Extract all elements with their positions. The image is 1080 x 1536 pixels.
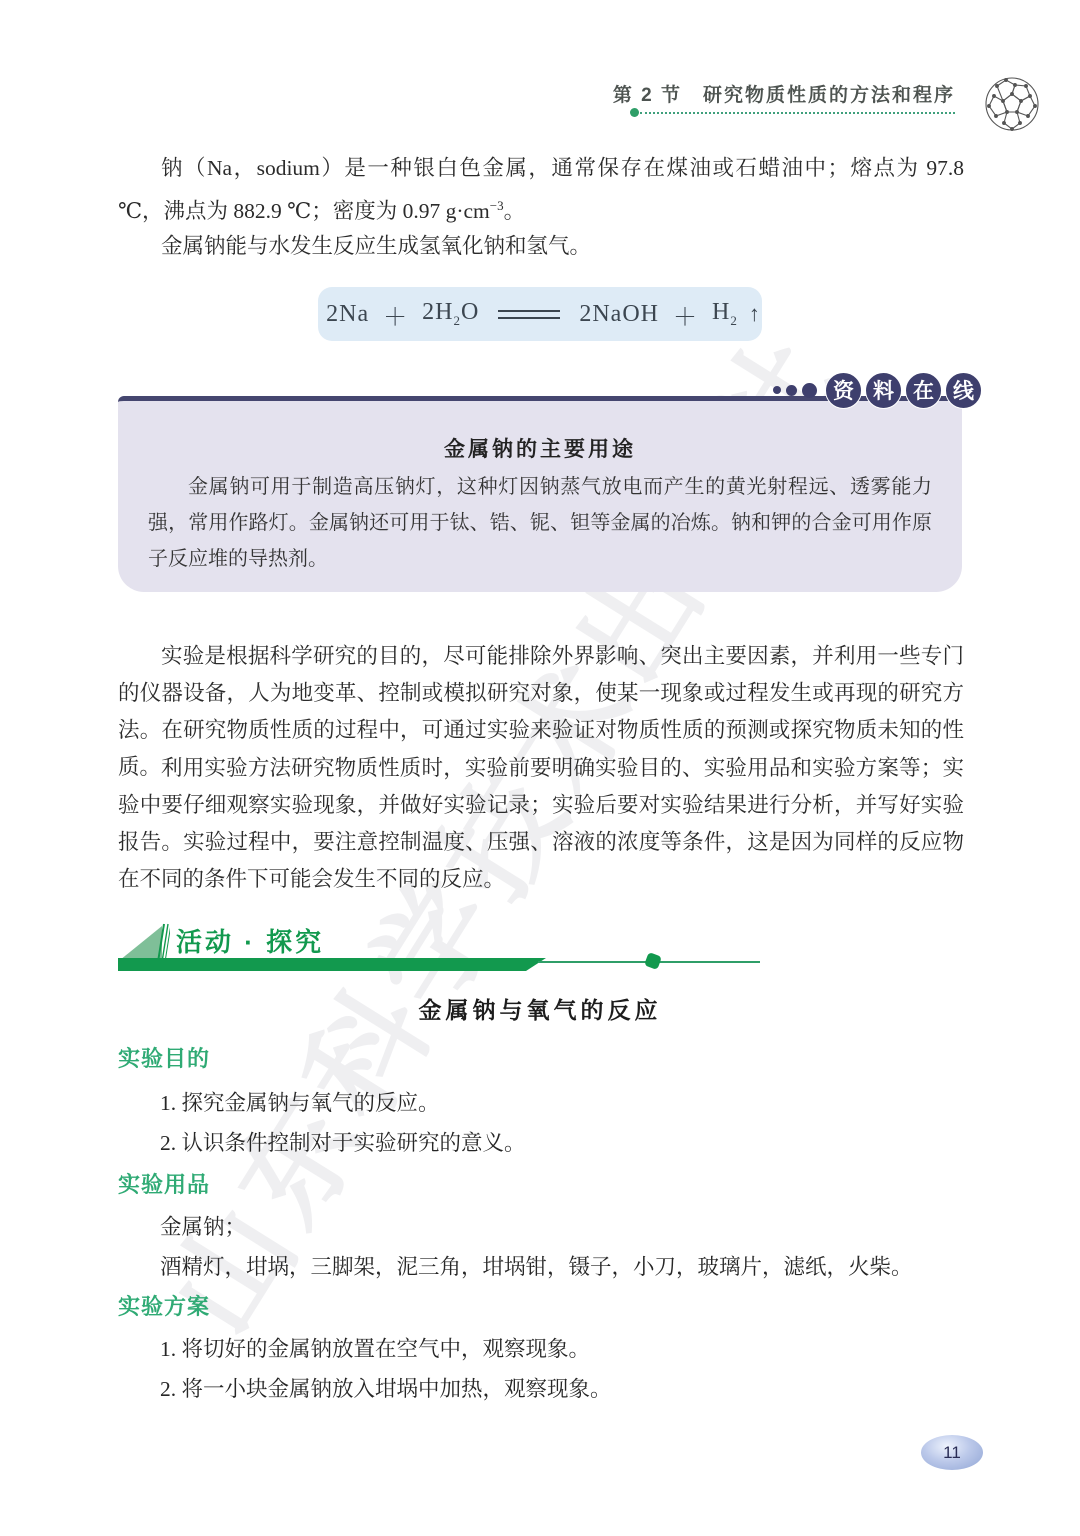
- page-number: 11: [943, 1443, 961, 1463]
- chemical-equation-box: 2Na ＋ 2H2O 2NaOH ＋ H2 ↑: [318, 287, 762, 341]
- sodium-properties-text: 钠（Na，sodium）是一种银白色金属，通常保存在煤油或石蜡油中；熔点为 97…: [118, 156, 964, 223]
- info-box-title: 金属钠的主要用途: [118, 433, 962, 463]
- banner-end-dot: [644, 952, 662, 970]
- badge-dot-icon: [786, 385, 797, 396]
- purpose-item-1: 1. 探究金属钠与氧气的反应。: [160, 1086, 960, 1120]
- plan-item-2: 2. 将一小块金属钠放入坩埚中加热，观察现象。: [160, 1372, 960, 1406]
- purpose-item-2: 2. 认识条件控制对于实验研究的意义。: [160, 1126, 960, 1160]
- supplies-line-2: 酒精灯，坩埚，三脚架，泥三角，坩埚钳，镊子，小刀，玻璃片，滤纸，火柴。: [160, 1250, 960, 1284]
- page-header: 第 2 节 研究物质性质的方法和程序: [0, 72, 1080, 142]
- exponent: −3: [490, 198, 504, 213]
- product-hydrogen: H2: [712, 299, 738, 329]
- badge-char: 在: [905, 372, 942, 409]
- section-title: 第 2 节 研究物质性质的方法和程序: [613, 80, 955, 107]
- supplies-line-1: 金属钠；: [160, 1210, 960, 1244]
- gas-arrow-icon: ↑: [749, 301, 761, 327]
- reactant-na: 2Na: [326, 301, 369, 328]
- fullerene-molecule-icon: [982, 74, 1042, 139]
- intro-paragraph-reaction: 金属钠能与水发生反应生成氢氧化钠和氢气。: [118, 228, 964, 265]
- product-naoh: 2NaOH: [579, 301, 659, 328]
- plus-sign: ＋: [673, 297, 698, 332]
- plus-sign: ＋: [383, 297, 408, 332]
- intro-paragraph-sodium: 钠（Na，sodium）是一种银白色金属，通常保存在煤油或石蜡油中；熔点为 97…: [118, 150, 964, 230]
- banner-triangle-icon: [118, 920, 170, 964]
- divider-dot: [630, 108, 639, 117]
- plan-item-1: 1. 将切好的金属钠放置在空气中，观察现象。: [160, 1332, 960, 1366]
- badge-char: 线: [945, 372, 982, 409]
- badge-char: 资: [825, 372, 862, 409]
- badge-dot-icon: [773, 386, 781, 394]
- body-paragraph-experiment-method: 利用实验方法研究物质性质时，实验前要明确实验目的、实验用品和实验方案等；实验中要…: [118, 750, 964, 898]
- badge-dot-icon: [802, 383, 817, 398]
- badge-char: 料: [865, 372, 902, 409]
- textbook-page: 山东科学技术出版社 第 2 节 研究物质性质的方法和程序: [0, 0, 1080, 1536]
- activity-title: 金属钠与氧气的反应: [0, 992, 1080, 1025]
- data-online-info-box: 金属钠的主要用途 金属钠可用于制造高压钠灯，这种灯因钠蒸气放电而产生的黄光射程远…: [118, 396, 962, 592]
- activity-banner: 活动 · 探究: [118, 918, 964, 978]
- double-equals-sign: [498, 310, 560, 319]
- page-number-badge: 11: [921, 1435, 983, 1470]
- header-divider: [640, 112, 955, 114]
- info-box-body: 金属钠可用于制造高压钠灯，这种灯因钠蒸气放电而产生的黄光射程远、透雾能力强，常用…: [148, 469, 932, 577]
- banner-bar: [118, 958, 546, 971]
- purpose-heading: 实验目的: [118, 1042, 210, 1073]
- data-online-badge: 资 料 在 线: [773, 370, 982, 410]
- supplies-heading: 实验用品: [118, 1168, 210, 1199]
- reactant-water: 2H2O: [422, 299, 479, 329]
- activity-banner-label: 活动 · 探究: [176, 922, 324, 959]
- plan-heading: 实验方案: [118, 1290, 210, 1321]
